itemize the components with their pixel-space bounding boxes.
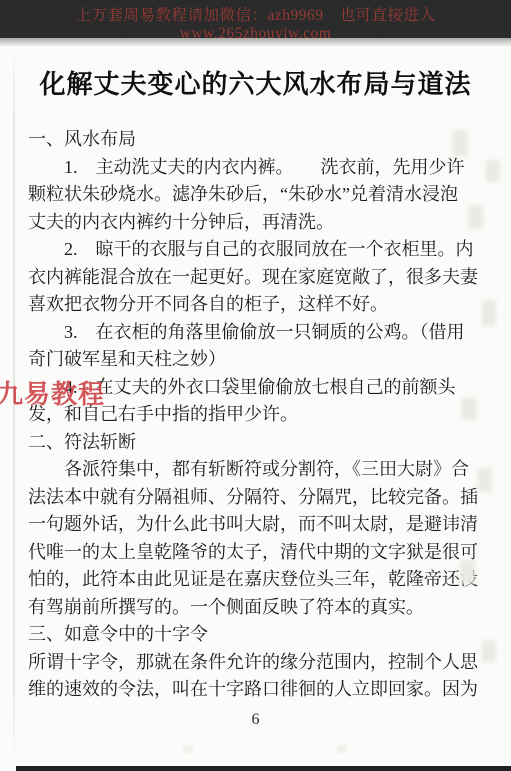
scan-artifact xyxy=(468,205,483,229)
paragraph-item-2: 2. 晾干的衣服与自己的衣服同放在一个衣柜里。内 衣内裤能混合放在一起更好。现在… xyxy=(28,236,492,319)
page-title: 化解丈夫变心的六大风水布局与道法 xyxy=(0,64,511,101)
red-watermark: 九易教程 xyxy=(0,374,105,411)
promo-banner-text: 上万套周易教程请加微信：azh9969 也可直接进入www.265zhouyiw… xyxy=(75,7,435,42)
scan-artifact xyxy=(482,300,496,326)
section-heading-fengshui: 一、风水布局 xyxy=(28,126,492,154)
paragraph-shiziling-body: 所谓十字令，那就在条件允许的缘分范围内，控制个人思 维的速效的令法，叫在十字路口… xyxy=(28,649,492,704)
promo-banner: 上万套周易教程请加微信：azh9969 也可直接进入www.265zhouyiw… xyxy=(0,0,511,38)
scan-artifact xyxy=(460,560,475,584)
scan-artifact xyxy=(482,640,496,662)
scan-artifact xyxy=(462,398,477,420)
scan-artifact xyxy=(183,745,193,753)
page-number: 6 xyxy=(0,711,511,729)
paragraph-item-3: 3. 在衣柜的角落里偷偷放一只铜质的公鸡。（借用 奇门破军星和天柱之妙） xyxy=(28,319,492,374)
section-heading-shiziling: 三、如意令中的十字令 xyxy=(28,621,492,649)
scan-artifact xyxy=(452,130,468,156)
scanned-book-page: 化解丈夫变心的六大风水布局与道法 一、风水布局 1. 主动洗丈夫的内衣内裤。 洗… xyxy=(0,38,511,771)
scan-artifact xyxy=(486,160,500,182)
screenshot-root: 上万套周易教程请加微信：azh9969 也可直接进入www.265zhouyiw… xyxy=(0,0,511,771)
scan-bottom-strip xyxy=(16,766,511,771)
page-body: 一、风水布局 1. 主动洗丈夫的内衣内裤。 洗衣前，先用少许 颗粒状朱砂烧水。滤… xyxy=(28,126,492,704)
paragraph-item-1: 1. 主动洗丈夫的内衣内裤。 洗衣前，先用少许 颗粒状朱砂烧水。滤净朱砂后，“朱… xyxy=(28,154,492,237)
scan-artifact xyxy=(478,468,492,492)
section-heading-fufa: 二、符法斩断 xyxy=(28,429,492,457)
scan-artifact xyxy=(337,745,347,753)
paragraph-fufa-body: 各派符集中，都有斩断符或分割符，《三田大尉》合 法法本中就有分隔祖师、分隔符、分… xyxy=(28,456,492,621)
